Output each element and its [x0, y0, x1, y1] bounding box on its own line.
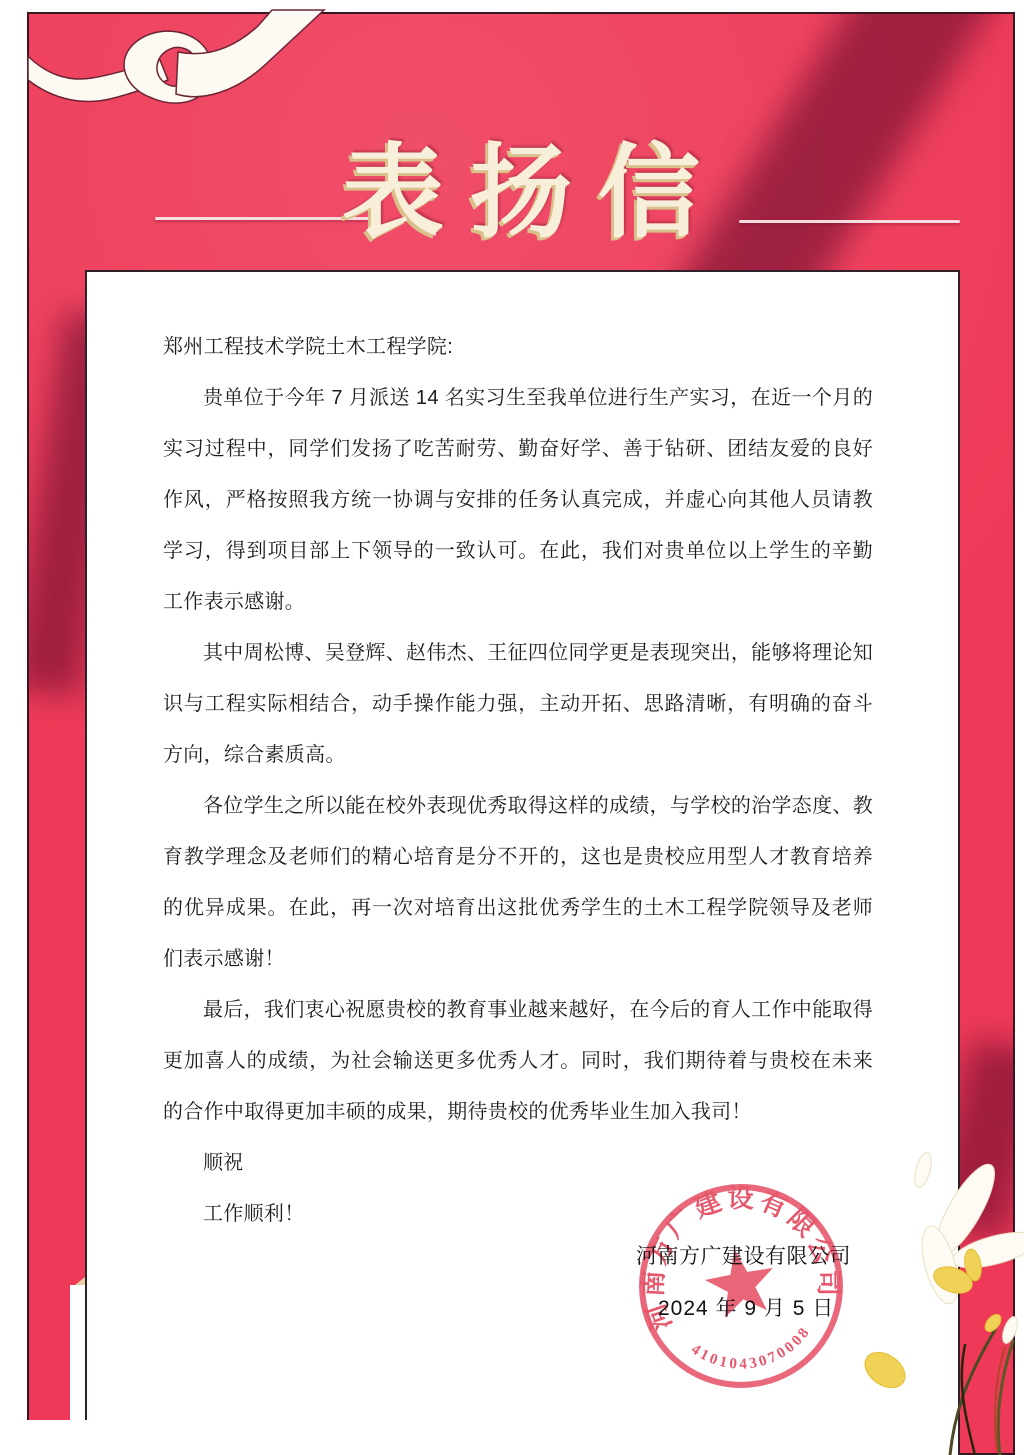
- signature-date: 2024 年 9 月 5 日: [658, 1292, 834, 1322]
- paragraph: 贵单位于今年 7 月派送 14 名实习生至我单位进行生产实习，在近一个月的实习过…: [163, 373, 873, 628]
- svg-text:4101043070008: 4101043070008: [686, 1321, 819, 1382]
- paragraph: 其中周松博、吴登辉、赵伟杰、王征四位同学更是表现突出，能够将理论知识与工程实际相…: [163, 628, 873, 781]
- title-divider-right: [739, 220, 960, 223]
- company-seal: 河南方广建设有限公司 4101043070008: [616, 1161, 866, 1411]
- commendation-letter-page: 表扬信 郑州工程技术学院土木工程学院: 贵单位于今年 7 月派送 14 名实习生…: [0, 0, 1024, 1455]
- paragraph: 各位学生之所以能在校外表现优秀取得这样的成绩，与学校的治学态度、教育教学理念及老…: [163, 781, 873, 985]
- letter-title: 表扬信: [27, 112, 1015, 258]
- lily-flower-icon: [845, 1115, 1024, 1455]
- bottom-margin: [0, 1420, 958, 1455]
- left-margin-step: [70, 1285, 85, 1422]
- letter-body: 郑州工程技术学院土木工程学院: 贵单位于今年 7 月派送 14 名实习生至我单位…: [163, 322, 873, 1240]
- salutation: 郑州工程技术学院土木工程学院:: [163, 322, 873, 373]
- seal-number-arc: 4101043070008: [686, 1321, 819, 1382]
- signature-company: 河南方广建设有限公司: [636, 1240, 851, 1270]
- paragraph: 最后，我们衷心祝愿贵校的教育事业越来越好，在今后的育人工作中能取得更加喜人的成绩…: [163, 985, 873, 1138]
